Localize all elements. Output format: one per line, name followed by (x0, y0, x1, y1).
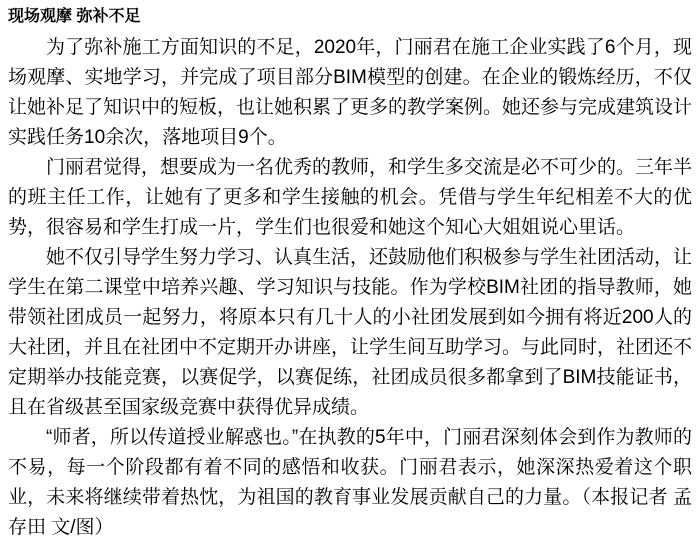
article-paragraph-1: 为了弥补施工方面知识的不足，2020年，门丽君在施工企业实践了6个月，现场观摩、… (8, 33, 692, 153)
article-page: 现场观摩 弥补不足 为了弥补施工方面知识的不足，2020年，门丽君在施工企业实践… (0, 0, 700, 554)
article-paragraph-2: 门丽君觉得，想要成为一名优秀的教师，和学生多交流是必不可少的。三年半的班主任工作… (8, 153, 692, 243)
article-paragraph-4: “师者，所以传道授业解惑也。”在执教的5年中，门丽君深刻体会到作为教师的不易，每… (8, 423, 692, 543)
article-paragraph-3: 她不仅引导学生努力学习、认真生活，还鼓励他们积极参与学生社团活动，让学生在第二课… (8, 243, 692, 423)
article-title: 现场观摩 弥补不足 (8, 6, 692, 28)
